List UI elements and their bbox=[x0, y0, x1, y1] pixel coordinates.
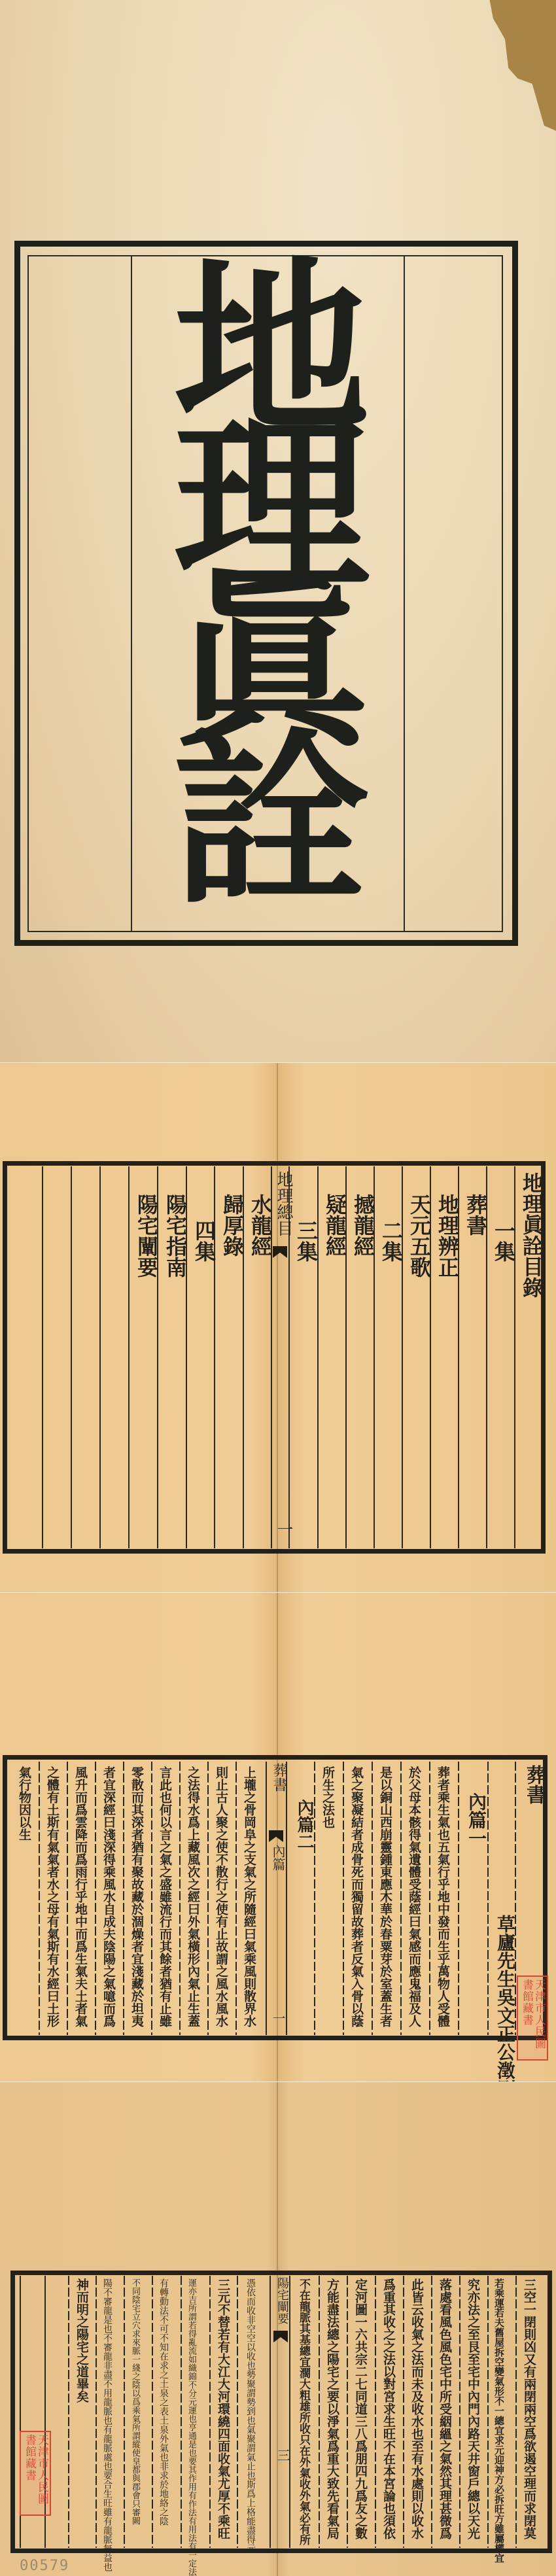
column-rule bbox=[71, 1166, 72, 1548]
title-char: 詮 bbox=[173, 746, 370, 896]
paper-damage-stain bbox=[471, 0, 556, 131]
gutter-page-number: 三 bbox=[273, 2448, 292, 2462]
column-rule bbox=[99, 1166, 101, 1548]
text-column: 定河圖一六共宗二七同道三八爲朋四九爲友之數 bbox=[352, 2278, 370, 2539]
text-column: 是以銅山西崩靈鍾東應木華於春粟芽於室蓋生者 bbox=[377, 1766, 394, 2027]
column-rule bbox=[207, 1762, 209, 2035]
text-column: 之體有土斯有氣氣者水之母有氣斯有水經曰土形 bbox=[44, 1766, 61, 2027]
column-rule bbox=[431, 2276, 432, 2548]
column-rule bbox=[429, 1762, 430, 2035]
toc-entry: 葬書 bbox=[460, 1194, 491, 1236]
column-rule bbox=[459, 2276, 460, 2548]
toc-entry: 天元五歌 bbox=[404, 1194, 434, 1278]
toc-entry: 歸厚錄 bbox=[217, 1194, 247, 1257]
table-of-contents-scan: 地理眞詮目錄 一集 葬書 地理辨正 天元五歌 二集 撼龍經 疑龍經 三集 地理總… bbox=[0, 1063, 556, 1593]
column-rule bbox=[67, 1762, 68, 2035]
text-column: 風升而爲雲降而爲雨行乎地中而爲生氣夫土者氣 bbox=[72, 1766, 90, 2027]
column-rule bbox=[372, 1762, 373, 2035]
toc-entry: 地理辨正 bbox=[432, 1194, 462, 1278]
text-column: 有轉動法不可不知在求之土泉之表土泉外氣也非求於地絡之陰 bbox=[157, 2278, 170, 2526]
column-rule bbox=[42, 1166, 43, 1548]
column-rule bbox=[269, 2276, 271, 2548]
column-rule bbox=[375, 2276, 376, 2548]
column-rule bbox=[128, 1166, 130, 1548]
column-rule bbox=[124, 2276, 125, 2548]
section-heading: 內篇二 bbox=[292, 1799, 317, 1850]
toc-entry: 一集 bbox=[489, 1220, 519, 1262]
column-rule bbox=[123, 1762, 124, 2035]
text-column: 於父母本骸得氣遺體受蔭經曰氣感而應鬼福及人 bbox=[406, 1766, 423, 2027]
text-column: 神而明之陽宅之道畢矣 bbox=[73, 2278, 91, 2403]
text-column: 之法得水爲上藏風次之經曰外氣橫形內氣止生蓋 bbox=[184, 1766, 202, 2027]
text-column: 此皆云收氣之法而未及收水也至有水處則以收水 bbox=[408, 2278, 426, 2539]
library-seal: 天津市人民圖書館藏書 bbox=[20, 2431, 51, 2516]
column-rule bbox=[237, 2276, 238, 2548]
section-heading: 內篇一 bbox=[463, 1792, 489, 1847]
cover-page-scan: 地 理 眞 詮 bbox=[0, 0, 556, 1063]
column-rule bbox=[266, 1762, 267, 2035]
accession-number: 00579 bbox=[20, 2558, 69, 2574]
text-page-scan-1: 葬書 草廬先生吳文正公澂刪定 內篇一 葬者乘生氣也五氣行乎地中發而生乎萬物人受體… bbox=[0, 1593, 556, 2081]
gutter-title: 地理總目 bbox=[272, 1171, 296, 1236]
gutter-page-number: 一 bbox=[272, 1521, 296, 1537]
column-rule bbox=[179, 1762, 181, 2035]
cover-title: 地 理 眞 詮 bbox=[134, 271, 409, 899]
toc-entry: 二集 bbox=[376, 1220, 406, 1262]
text-column: 零散而其深者猶有聚故藏於涸燥者宜淺藏於坦夷 bbox=[128, 1766, 146, 2027]
library-seal: 天津市人民圖書館藏書 bbox=[517, 1976, 548, 2061]
text-column: 氣之聚凝結者成骨死而獨留故葬者反氣入骨以蔭 bbox=[348, 1766, 366, 2027]
toc-header: 地理眞詮目錄 bbox=[517, 1172, 547, 1298]
column-rule bbox=[487, 2276, 489, 2548]
toc-entry: 水龍經 bbox=[245, 1194, 275, 1257]
attribution: 草廬先生吳文正公澂刪定 bbox=[492, 1915, 518, 2081]
column-rule bbox=[319, 2276, 320, 2548]
text-column: 所生之法也 bbox=[319, 1766, 337, 1828]
column-rule bbox=[515, 2276, 517, 2548]
column-rule bbox=[152, 2276, 153, 2548]
text-column: 不在龍脈其基總宜濶大粗雄所收只在外氣收外氣必有所 bbox=[296, 2278, 312, 2545]
toc-entry: 陽宅闡要 bbox=[131, 1194, 162, 1278]
column-rule bbox=[96, 2276, 97, 2548]
column-rule bbox=[286, 1762, 287, 2035]
text-column: 落處看風色風色宅中所受絪縕之氣然其理甚微爲 bbox=[436, 2278, 454, 2539]
text-column: 憑依而收非空空以收也勢聚謂勢到也氣聚謂氣止也斯爲上格能盡得元 bbox=[244, 2278, 257, 2553]
book-title: 葬書 bbox=[519, 1765, 548, 1804]
text-page-scan-2: 三空一閉則凶又有兩閉兩空爲欲遏空理而求閉莫 若乘運若夫舊屋拆空變氣形不一總宜求元… bbox=[0, 2082, 556, 2576]
text-column: 葬者乘生氣也五氣行乎地中發而生乎萬物人受體 bbox=[434, 1766, 452, 2027]
cover-column-rule bbox=[131, 256, 132, 931]
gutter-section: 內篇 bbox=[269, 1845, 288, 1871]
text-column: 若乘運若夫舊屋拆空變氣形不一總宜求元迎神方必拆旺方雖屬權宜 bbox=[493, 2278, 506, 2563]
column-rule bbox=[458, 1762, 459, 2035]
toc-entry: 撼龍經 bbox=[348, 1194, 378, 1257]
column-rule bbox=[181, 2276, 182, 2548]
gutter-title: 葬書 bbox=[269, 1763, 289, 1792]
column-rule bbox=[151, 1762, 152, 2035]
column-rule bbox=[343, 1762, 344, 2035]
text-column: 氣行物因以生 bbox=[16, 1766, 33, 1841]
column-rule bbox=[95, 1762, 96, 2035]
text-column: 者宜深經曰淺深得乘風水自成夫陰陽之氣噫而爲 bbox=[100, 1766, 118, 2027]
text-column: 上壠之骨岡阜之支氣之所隨經曰氣乘風則散界水 bbox=[241, 1766, 258, 2027]
text-column: 不同陰宅立穴求來脈一綫之陰以爲乘氣所謂縱使皇都與郡會只審闕 bbox=[129, 2278, 141, 2525]
column-rule bbox=[400, 1762, 402, 2035]
toc-entry: 疑龍經 bbox=[320, 1194, 350, 1257]
text-column: 運亦吉所謂若得亂流如織錦不分元運也亨通是也要其作用有作法有用法有一定法 bbox=[185, 2278, 198, 2576]
text-column: 方能盡法總之陽宅之要以淨氣爲重大致先看氣局 bbox=[324, 2278, 341, 2539]
column-rule bbox=[68, 2276, 69, 2548]
text-column: 則止古人聚之使不散行之使有止故謂之風水風水 bbox=[213, 1766, 230, 2027]
text-column: 陽不審龍是也不審龍非盡不用龍脈也有龍脈處也要合生旺雖有龍脈無益也 bbox=[101, 2278, 114, 2571]
toc-entry: 四集 bbox=[189, 1220, 219, 1262]
text-column: 三元不替若有大江大河環繞四面收氣尤厚不乘旺 bbox=[215, 2278, 232, 2539]
column-rule bbox=[403, 2276, 404, 2548]
gutter-page-number: 一 bbox=[269, 2011, 288, 2025]
text-column: 究亦法之至艮至宅中內門內路天井窗戶總以天光 bbox=[464, 2278, 482, 2539]
toc-entry: 陽宅指南 bbox=[160, 1194, 190, 1278]
column-rule bbox=[347, 2276, 348, 2548]
column-rule bbox=[39, 1762, 40, 2035]
text-column: 言此也何以言之氣之盛雖流行而其餘者猶有止雖 bbox=[156, 1766, 174, 2027]
text-column: 爲重其收之之法以對宮求生旺不在本宮論也須依 bbox=[380, 2278, 398, 2539]
column-rule bbox=[209, 2276, 211, 2548]
gutter-title: 陽宅闡要 bbox=[273, 2277, 290, 2324]
text-column: 三空一閉則凶又有兩閉兩空爲欲遏空理而求閉莫 bbox=[521, 2278, 538, 2539]
column-rule bbox=[235, 1762, 237, 2035]
